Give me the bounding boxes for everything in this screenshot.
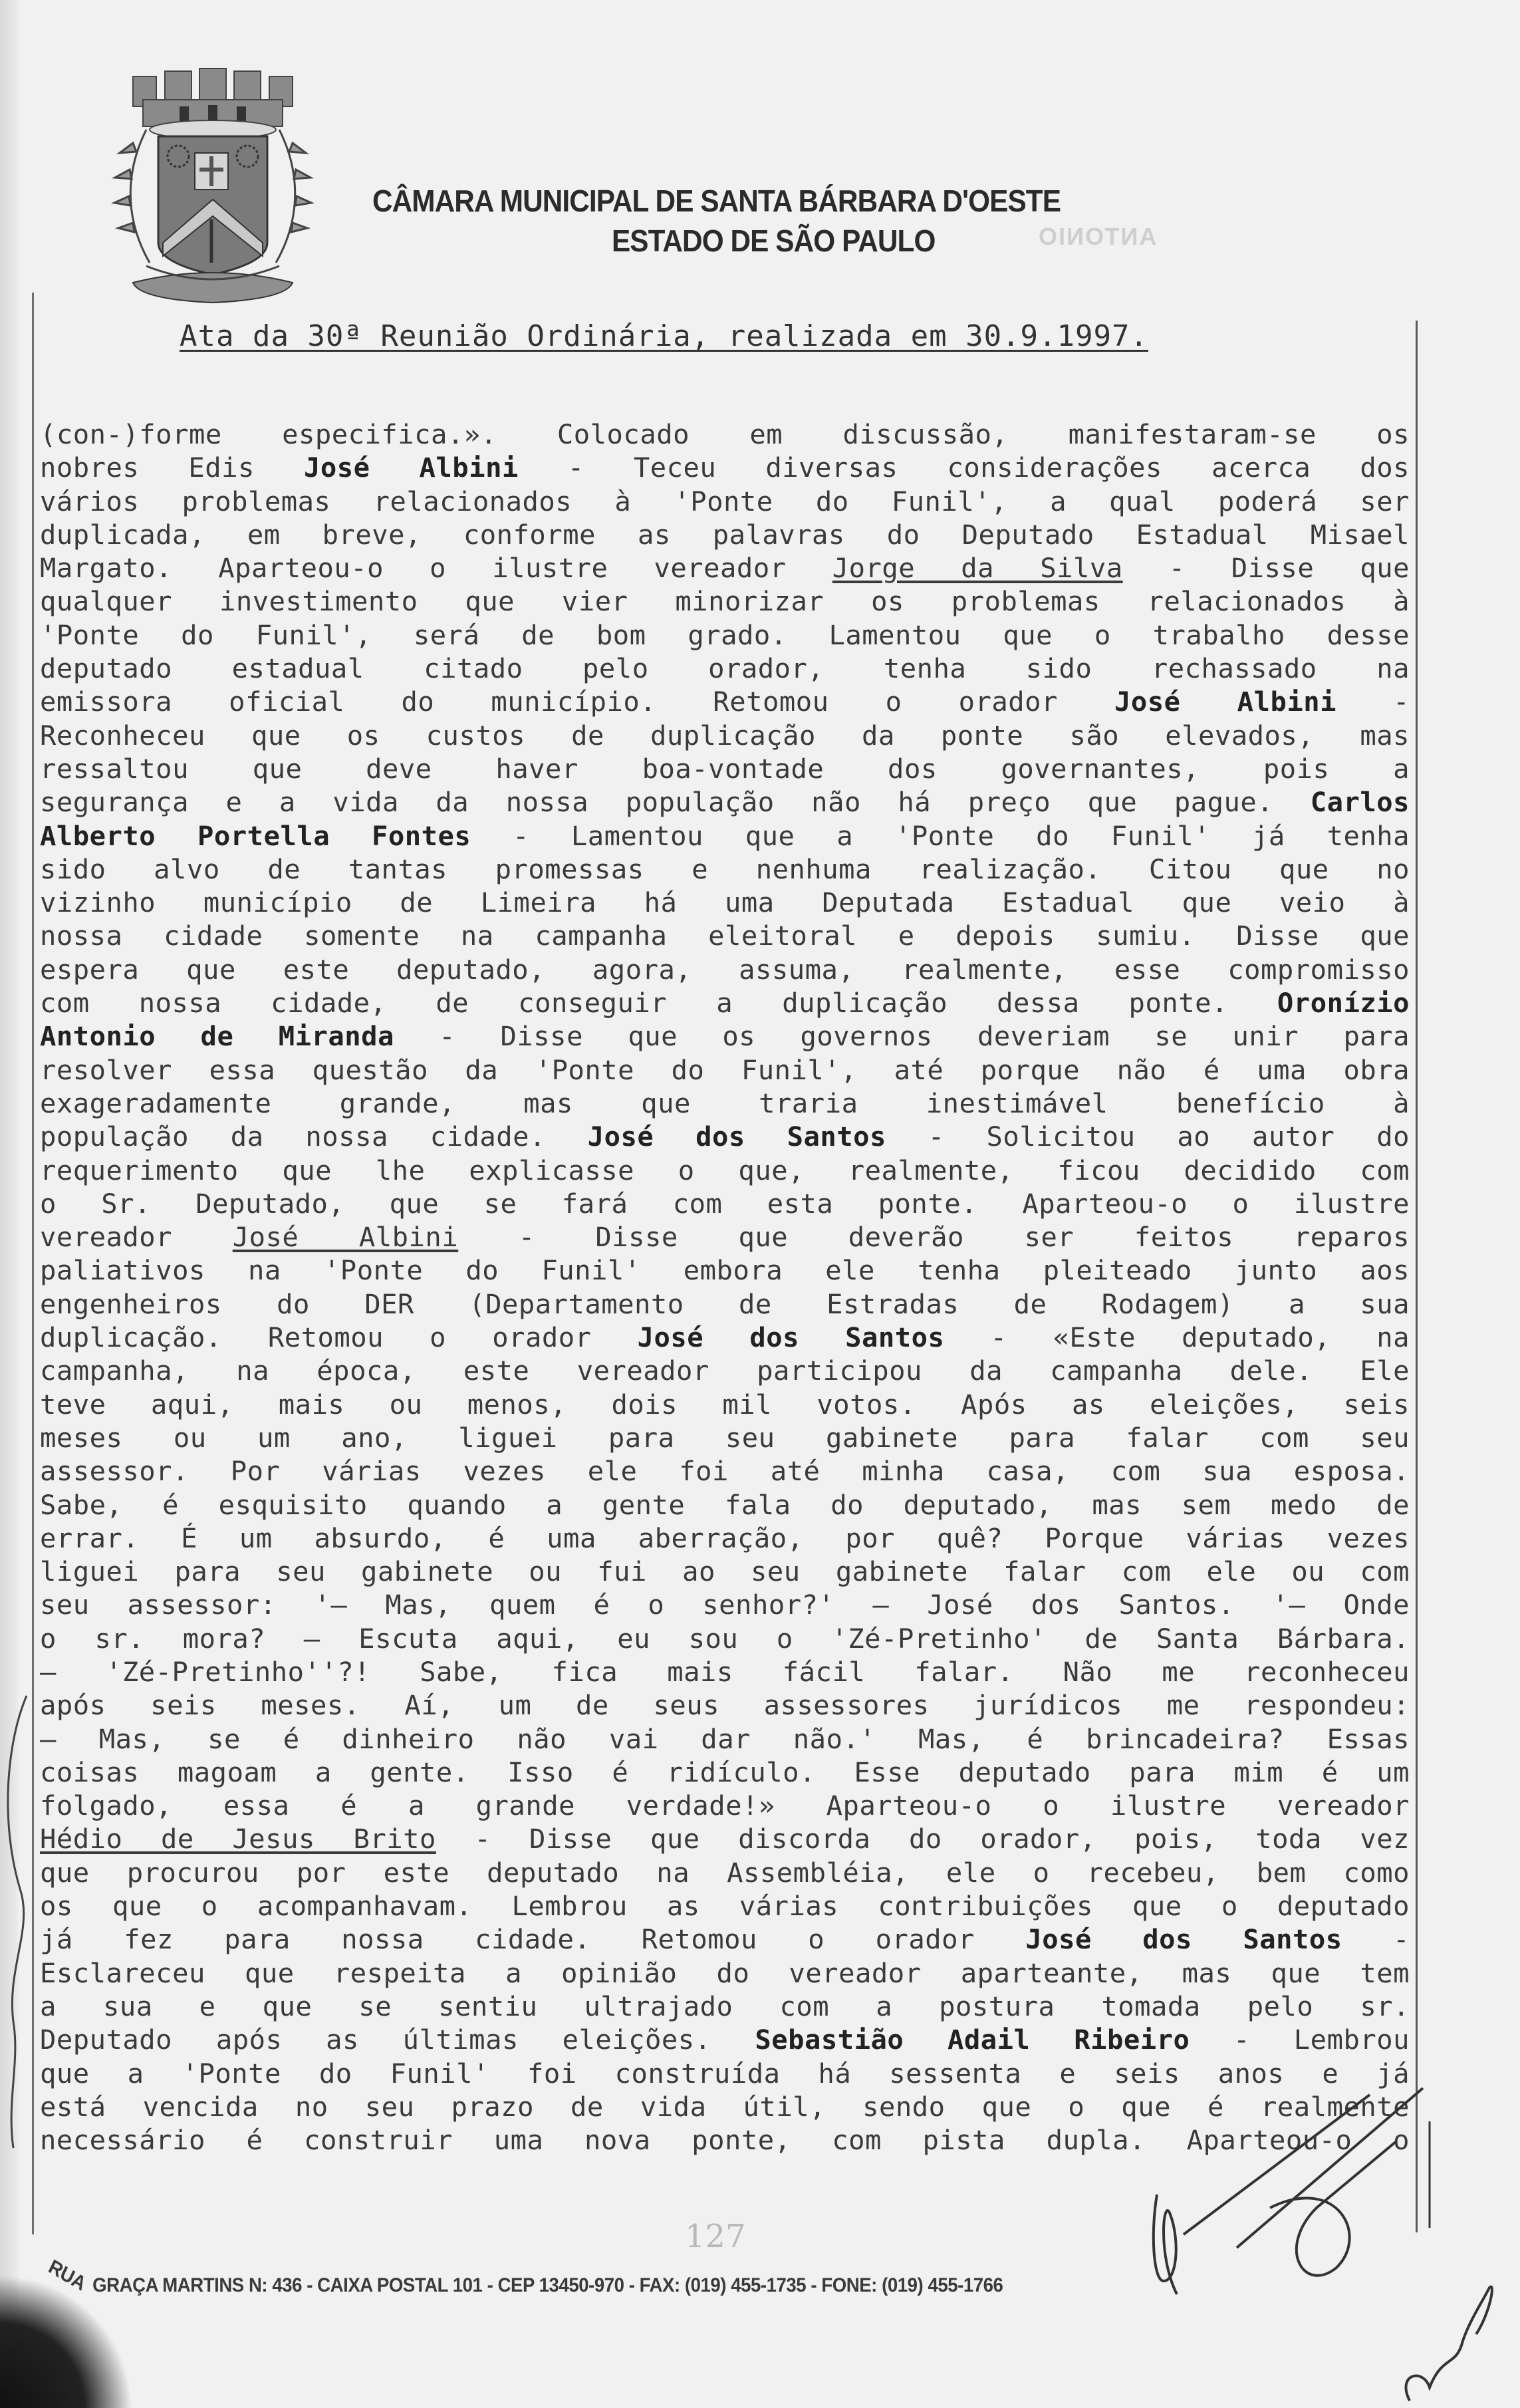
- text-line: ressaltou que deve haver boa-vontade dos…: [40, 752, 1410, 785]
- text-line: sido alvo de tantas promessas e nenhuma …: [40, 853, 1410, 886]
- footer-street-prefix: RUA: [45, 2256, 88, 2296]
- text-line: liguei para seu gabinete ou fui ao seu g…: [40, 1555, 1410, 1588]
- text-line: Antonio de Miranda - Disse que os govern…: [40, 1019, 1410, 1053]
- text-line: espera que este deputado, agora, assuma,…: [40, 953, 1410, 986]
- text-run: vizinho município de Limeira há uma Depu…: [40, 886, 1410, 918]
- speaker-name: Carlos: [1311, 786, 1410, 818]
- text-run: deputado estadual citado pelo orador, te…: [40, 652, 1410, 684]
- text-line: já fez para nossa cidade. Retomou o orad…: [40, 1923, 1410, 1956]
- speaker-name: José Albini: [1114, 686, 1336, 718]
- speaker-name: Alberto Portella Fontes: [40, 820, 471, 852]
- text-run: Deputado após as últimas eleições.: [40, 2024, 755, 2056]
- text-line: — 'Zé-Pretinho''?! Sabe, fica mais fácil…: [40, 1655, 1410, 1688]
- text-run: - Disse que deverão ser feitos reparos: [458, 1221, 1410, 1253]
- text-run: Reconheceu que os custos de duplicação d…: [40, 720, 1410, 751]
- text-run: com nossa cidade, de conseguir a duplica…: [40, 987, 1277, 1019]
- text-line: — Mas, se é dinheiro não vai dar não.' M…: [40, 1722, 1410, 1756]
- text-line: Alberto Portella Fontes - Lamentou que a…: [40, 819, 1410, 853]
- text-run: o Sr. Deputado, que se fará com esta pon…: [40, 1188, 1410, 1220]
- text-line: vizinho município de Limeira há uma Depu…: [40, 886, 1410, 919]
- text-line: (con-)forme especifica.». Colocado em di…: [40, 418, 1410, 451]
- text-run: -: [1336, 686, 1410, 718]
- interjector-name: Jorge da Silva: [832, 552, 1123, 584]
- text-run: - Solicitou ao autor do: [886, 1121, 1410, 1152]
- minutes-title: Ata da 30ª Reunião Ordinária, realizada …: [180, 319, 1148, 353]
- text-run: após seis meses. Aí, um de seus assessor…: [40, 1689, 1410, 1721]
- text-line: 'Ponte do Funil', será de bom grado. Lam…: [40, 618, 1410, 652]
- text-run: segurança e a vida da nossa população nã…: [40, 786, 1311, 818]
- text-run: campanha, na época, este vereador partic…: [40, 1355, 1410, 1387]
- text-run: 'Ponte do Funil', será de bom grado. Lam…: [40, 619, 1410, 651]
- text-run: nobres Edis: [40, 452, 304, 483]
- text-line: vereador José Albini - Disse que deverão…: [40, 1220, 1410, 1254]
- text-line: o Sr. Deputado, que se fará com esta pon…: [40, 1187, 1410, 1220]
- text-line: engenheiros do DER (Departamento de Estr…: [40, 1287, 1410, 1321]
- text-run: liguei para seu gabinete ou fui ao seu g…: [40, 1555, 1410, 1587]
- text-line: os que o acompanhavam. Lembrou as várias…: [40, 1889, 1410, 1923]
- speaker-name: Antonio de Miranda: [40, 1020, 394, 1052]
- text-run: população da nossa cidade.: [40, 1121, 588, 1152]
- text-run: coisas magoam a gente. Isso é ridículo. …: [40, 1756, 1410, 1788]
- text-run: teve aqui, mais ou menos, dois mil votos…: [40, 1389, 1410, 1420]
- text-run: duplicação. Retomou o orador: [40, 1321, 638, 1353]
- text-run: o sr. mora? — Escuta aqui, eu sou o 'Zé-…: [40, 1623, 1410, 1655]
- text-run: seu assessor: '— Mas, quem é o senhor?' …: [40, 1589, 1410, 1621]
- speaker-name: José dos Santos: [1025, 1923, 1342, 1955]
- text-line: duplicação. Retomou o orador José dos Sa…: [40, 1321, 1410, 1354]
- text-line: paliativos na 'Ponte do Funil' embora el…: [40, 1254, 1410, 1287]
- signature-mark-1: [1117, 2081, 1463, 2301]
- initials-mark: [1383, 2274, 1509, 2407]
- text-run: — 'Zé-Pretinho''?! Sabe, fica mais fácil…: [40, 1656, 1410, 1688]
- text-line: seu assessor: '— Mas, quem é o senhor?' …: [40, 1588, 1410, 1621]
- text-line: resolver essa questão da 'Ponte do Funil…: [40, 1053, 1410, 1087]
- text-run: ressaltou que deve haver boa-vontade dos…: [40, 753, 1410, 785]
- stamp-bleed-through: ANTONIO: [1037, 223, 1156, 251]
- text-run: a sua e que se sentiu ultrajado com a po…: [40, 1990, 1410, 2022]
- text-run: - Lamentou que a 'Ponte do Funil' já ten…: [471, 820, 1410, 852]
- text-line: meses ou um ano, liguei para seu gabinet…: [40, 1421, 1410, 1454]
- speaker-name: José dos Santos: [588, 1121, 886, 1152]
- text-line: o sr. mora? — Escuta aqui, eu sou o 'Zé-…: [40, 1622, 1410, 1655]
- text-line: assessor. Por várias vezes ele foi até m…: [40, 1454, 1410, 1488]
- text-run: qualquer investimento que vier minorizar…: [40, 585, 1410, 617]
- text-line: Margato. Aparteou-o o ilustre vereador J…: [40, 551, 1410, 585]
- text-run: - Disse que: [1123, 552, 1410, 584]
- text-run: vereador: [40, 1221, 233, 1253]
- text-line: com nossa cidade, de conseguir a duplica…: [40, 986, 1410, 1019]
- right-margin-rule: [1416, 321, 1418, 2232]
- text-run: resolver essa questão da 'Ponte do Funil…: [40, 1054, 1410, 1086]
- coat-of-arms-icon: [106, 63, 319, 313]
- text-line: errar. É um absurdo, é uma aberração, po…: [40, 1522, 1410, 1555]
- interjector-name: Hédio de Jesus Brito: [40, 1823, 436, 1855]
- text-line: deputado estadual citado pelo orador, te…: [40, 652, 1410, 685]
- text-line: Hédio de Jesus Brito - Disse que discord…: [40, 1822, 1410, 1855]
- text-run: assessor. Por várias vezes ele foi até m…: [40, 1455, 1410, 1487]
- text-run: — Mas, se é dinheiro não vai dar não.' M…: [40, 1723, 1410, 1755]
- text-run: errar. É um absurdo, é uma aberração, po…: [40, 1522, 1410, 1554]
- text-run: já fez para nossa cidade. Retomou o orad…: [40, 1923, 1025, 1955]
- text-run: que procurou por este deputado na Assemb…: [40, 1857, 1410, 1889]
- text-line: Sabe, é esquisito quando a gente fala do…: [40, 1488, 1410, 1522]
- text-run: emissora oficial do município. Retomou o…: [40, 686, 1114, 718]
- text-line: vários problemas relacionados à 'Ponte d…: [40, 485, 1410, 518]
- text-line: qualquer investimento que vier minorizar…: [40, 585, 1410, 618]
- text-run: folgado, essa é a grande verdade!» Apart…: [40, 1790, 1410, 1821]
- text-run: vários problemas relacionados à 'Ponte d…: [40, 485, 1410, 517]
- text-line: duplicada, em breve, conforme as palavra…: [40, 518, 1410, 551]
- text-run: paliativos na 'Ponte do Funil' embora el…: [40, 1254, 1410, 1286]
- text-line: a sua e que se sentiu ultrajado com a po…: [40, 1990, 1410, 2023]
- text-run: - Disse que discorda do orador, pois, to…: [436, 1823, 1410, 1855]
- text-run: exageradamente grande, mas que traria in…: [40, 1087, 1410, 1119]
- text-line: Deputado após as últimas eleições. Sebas…: [40, 2023, 1410, 2056]
- text-run: espera que este deputado, agora, assuma,…: [40, 954, 1410, 986]
- text-run: meses ou um ano, liguei para seu gabinet…: [40, 1422, 1410, 1454]
- text-run: Esclareceu que respeita a opinião do ver…: [40, 1957, 1410, 1989]
- margin-signature: [0, 1689, 40, 2155]
- text-line: que procurou por este deputado na Assemb…: [40, 1856, 1410, 1889]
- text-line: emissora oficial do município. Retomou o…: [40, 685, 1410, 718]
- text-run: (con-)forme especifica.». Colocado em di…: [40, 418, 1410, 450]
- minutes-body: (con-)forme especifica.». Colocado em di…: [40, 418, 1410, 2157]
- interjector-name: José Albini: [233, 1221, 458, 1253]
- text-line: folgado, essa é a grande verdade!» Apart…: [40, 1789, 1410, 1822]
- text-run: - «Este deputado, na: [944, 1321, 1410, 1353]
- text-run: - Disse que os governos deveriam se unir…: [394, 1020, 1410, 1052]
- text-run: - Lembrou: [1190, 2024, 1410, 2056]
- text-line: segurança e a vida da nossa população nã…: [40, 785, 1410, 819]
- text-line: após seis meses. Aí, um de seus assessor…: [40, 1688, 1410, 1722]
- text-line: teve aqui, mais ou menos, dois mil votos…: [40, 1388, 1410, 1421]
- text-run: sido alvo de tantas promessas e nenhuma …: [40, 853, 1410, 885]
- text-run: os que o acompanhavam. Lembrou as várias…: [40, 1890, 1410, 1922]
- footer-address-text: GRAÇA MARTINS N: 436 - CAIXA POSTAL 101 …: [92, 2274, 1003, 2296]
- text-line: campanha, na época, este vereador partic…: [40, 1354, 1410, 1387]
- state-name: ESTADO DE SÃO PAULO: [612, 223, 1040, 259]
- speaker-name: Sebastião Adail Ribeiro: [755, 2024, 1190, 2056]
- text-line: nobres Edis José Albini - Teceu diversas…: [40, 451, 1410, 484]
- text-run: requerimento que lhe explicasse o que, r…: [40, 1154, 1410, 1186]
- speaker-name: José dos Santos: [638, 1321, 945, 1353]
- speaker-name: José Albini: [304, 452, 519, 483]
- text-line: nossa cidade somente na campanha eleitor…: [40, 919, 1410, 952]
- text-run: engenheiros do DER (Departamento de Estr…: [40, 1288, 1410, 1320]
- text-run: duplicada, em breve, conforme as palavra…: [40, 519, 1410, 551]
- text-line: população da nossa cidade. José dos Sant…: [40, 1120, 1410, 1153]
- text-line: requerimento que lhe explicasse o que, r…: [40, 1154, 1410, 1187]
- speaker-name: Oronízio: [1277, 987, 1410, 1019]
- page-number: 127: [685, 2218, 746, 2255]
- text-line: coisas magoam a gente. Isso é ridículo. …: [40, 1756, 1410, 1789]
- institution-name: CÂMARA MUNICIPAL DE SANTA BÁRBARA D'OEST…: [372, 183, 1168, 219]
- text-run: nossa cidade somente na campanha eleitor…: [40, 920, 1410, 952]
- text-line: Esclareceu que respeita a opinião do ver…: [40, 1956, 1410, 1990]
- text-run: Margato. Aparteou-o o ilustre vereador: [40, 552, 832, 584]
- text-line: exageradamente grande, mas que traria in…: [40, 1087, 1410, 1120]
- text-line: Reconheceu que os custos de duplicação d…: [40, 719, 1410, 752]
- text-run: -: [1342, 1923, 1410, 1955]
- text-run: - Teceu diversas considerações acerca do…: [519, 452, 1410, 483]
- text-run: Sabe, é esquisito quando a gente fala do…: [40, 1489, 1410, 1521]
